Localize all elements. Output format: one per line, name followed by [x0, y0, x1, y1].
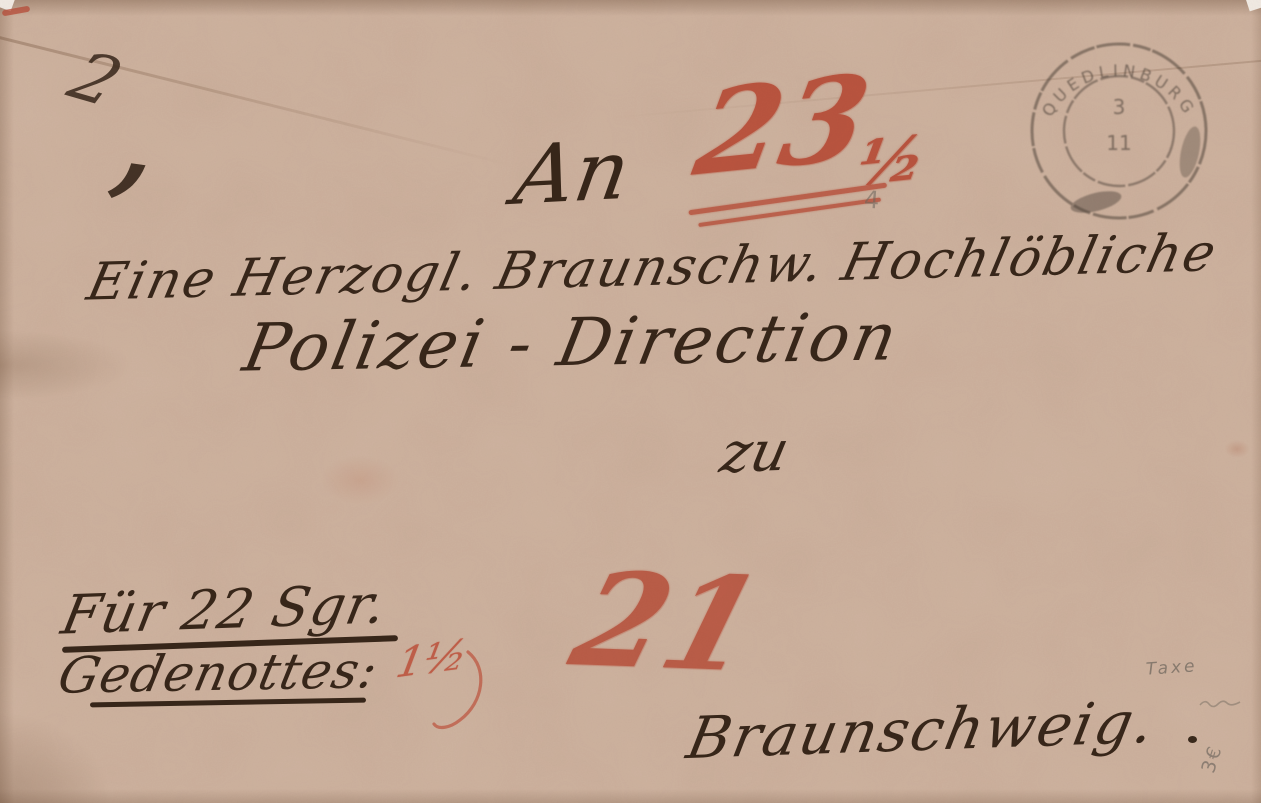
crease-left-edge — [0, 0, 14, 803]
postmark-quedlinburg: QUEDLINBURG 3 11 — [1018, 34, 1228, 234]
pencil-tick: 4 — [863, 186, 880, 215]
crease-left-middle — [0, 330, 220, 400]
pencil-dealer-note: Taxe — [1145, 656, 1198, 680]
red-flourish — [430, 650, 500, 740]
address-line3: zu — [715, 419, 795, 486]
envelope-scan: 2 , An 23½ 4 QUEDLINBURG 3 11 Eine Herzo… — [0, 0, 1261, 803]
address-line1: Eine Herzogl. Braunschw. Hochlöbliche — [82, 223, 1223, 312]
ink-speck — [1188, 736, 1197, 743]
value-note-line1: Für 22 Sgr. — [57, 572, 392, 646]
shadow-bottom-left-corner — [0, 690, 160, 803]
address-line2: Polizei - Direction — [237, 298, 906, 386]
red-rate-marking: 23½ — [683, 40, 945, 217]
crease-right-edge — [1251, 0, 1261, 803]
crease-bottom-edge — [0, 789, 1261, 803]
scan-corner-top-right — [1245, 0, 1261, 11]
address-line4: Braunschweig. — [682, 688, 1162, 772]
postmark-month: 11 — [1106, 131, 1131, 155]
address-salutation: An — [508, 123, 636, 224]
paper-stain — [320, 455, 400, 505]
pencil-price-note: 3€ — [1197, 742, 1227, 776]
small-stain-right — [1224, 440, 1250, 458]
crease-top-edge — [0, 0, 1261, 16]
postmark-ink-smudge-right — [1176, 125, 1204, 180]
value-note-line2: Gedenottes: — [53, 641, 383, 705]
pencil-scribble — [1198, 696, 1244, 710]
postmark-ink-smudge — [1069, 187, 1124, 217]
red-rate-main: 23 — [686, 47, 879, 202]
postmark-day: 3 — [1113, 95, 1126, 119]
red-tax-number: 21 — [558, 545, 777, 701]
